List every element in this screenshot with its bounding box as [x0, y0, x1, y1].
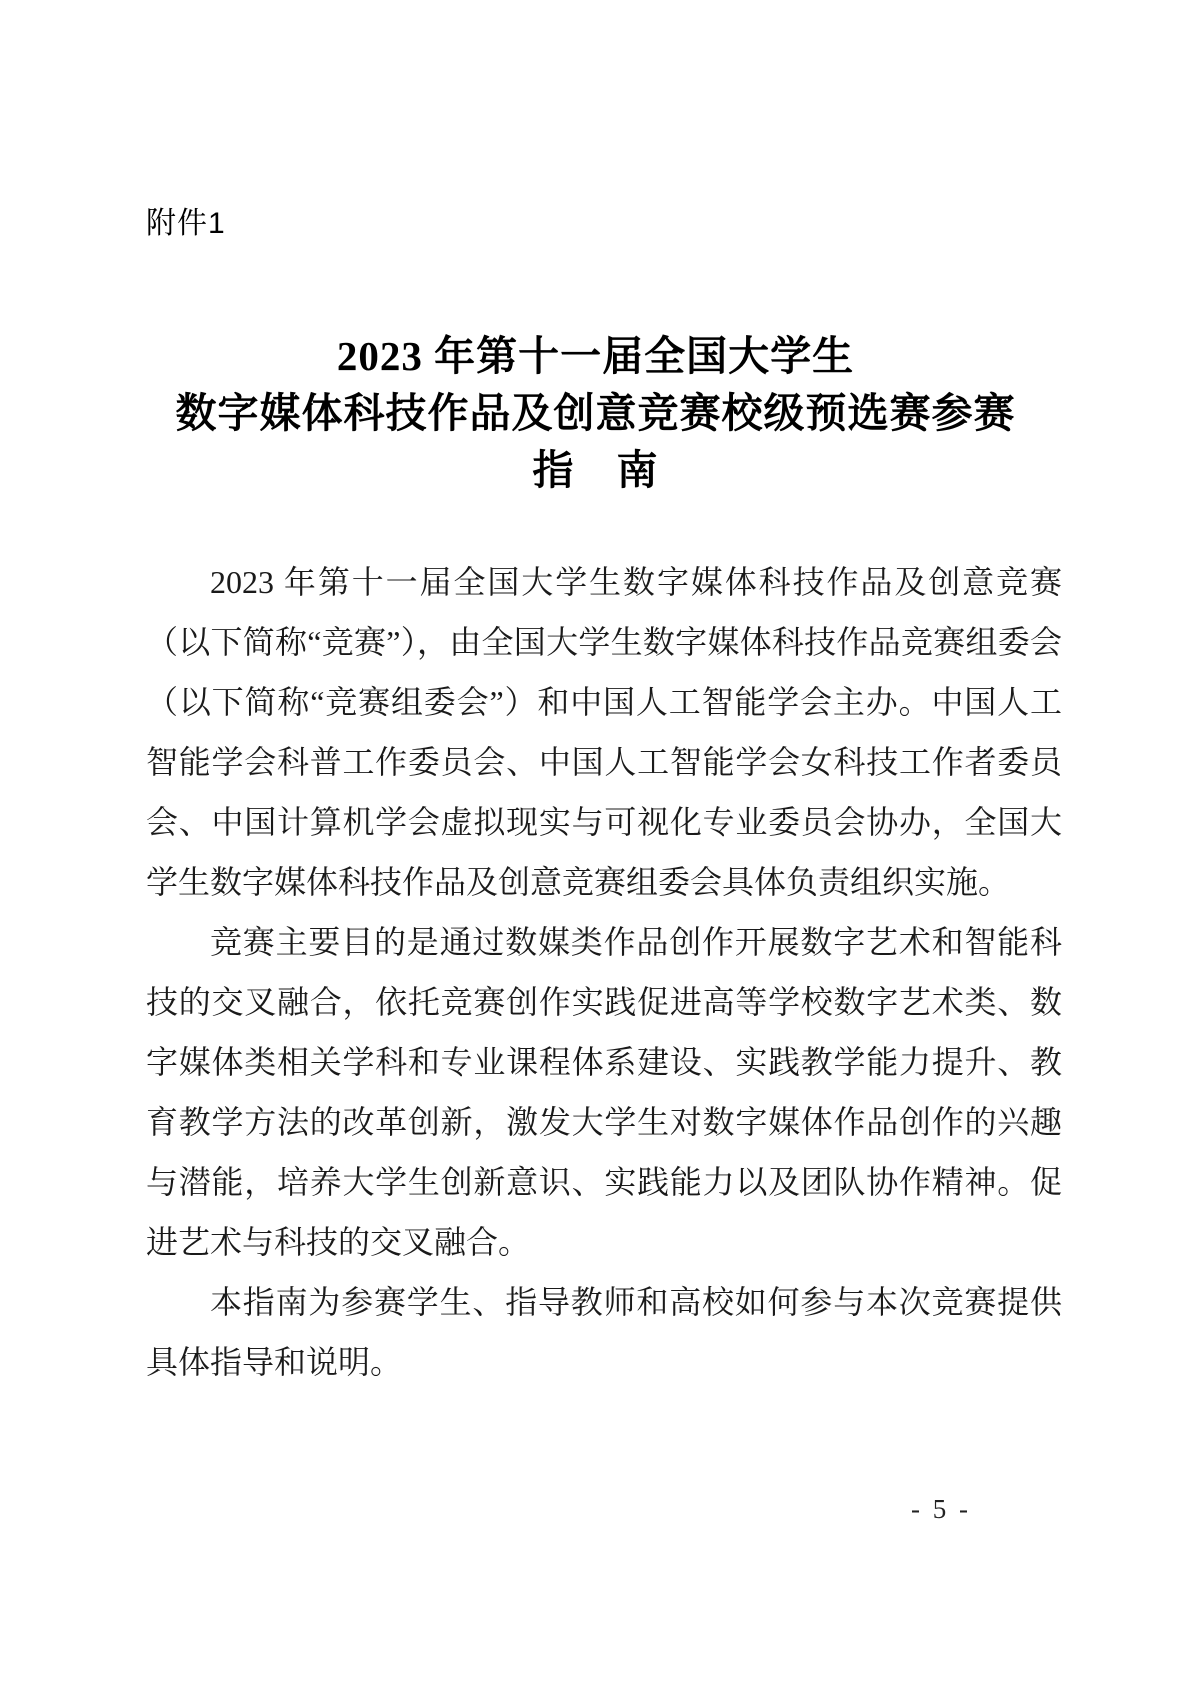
- attachment-label: 附件1: [146, 198, 226, 242]
- paragraph-competition-purpose: 竞赛主要目的是通过数媒类作品创作开展数字艺术和智能科技的交叉融合，依托竞赛创作实…: [146, 912, 1062, 1272]
- paragraph-intro-organizers: 2023 年第十一届全国大学生数字媒体科技作品及创意竞赛（以下简称“竞赛”），由…: [146, 552, 1062, 912]
- document-title: 2023 年第十一届全国大学生 数字媒体科技作品及创意竞赛校级预选赛参赛 指 南: [0, 328, 1191, 499]
- document-page: 附件1 2023 年第十一届全国大学生 数字媒体科技作品及创意竞赛校级预选赛参赛…: [0, 0, 1191, 1684]
- document-title-line-1: 2023 年第十一届全国大学生: [0, 328, 1191, 385]
- document-body: 2023 年第十一届全国大学生数字媒体科技作品及创意竞赛（以下简称“竞赛”），由…: [146, 552, 1062, 1392]
- page-number: - 5 -: [911, 1494, 971, 1525]
- document-title-line-2: 数字媒体科技作品及创意竞赛校级预选赛参赛: [0, 385, 1191, 442]
- document-title-line-3: 指 南: [0, 442, 1191, 499]
- paragraph-guide-scope: 本指南为参赛学生、指导教师和高校如何参与本次竞赛提供具体指导和说明。: [146, 1272, 1062, 1392]
